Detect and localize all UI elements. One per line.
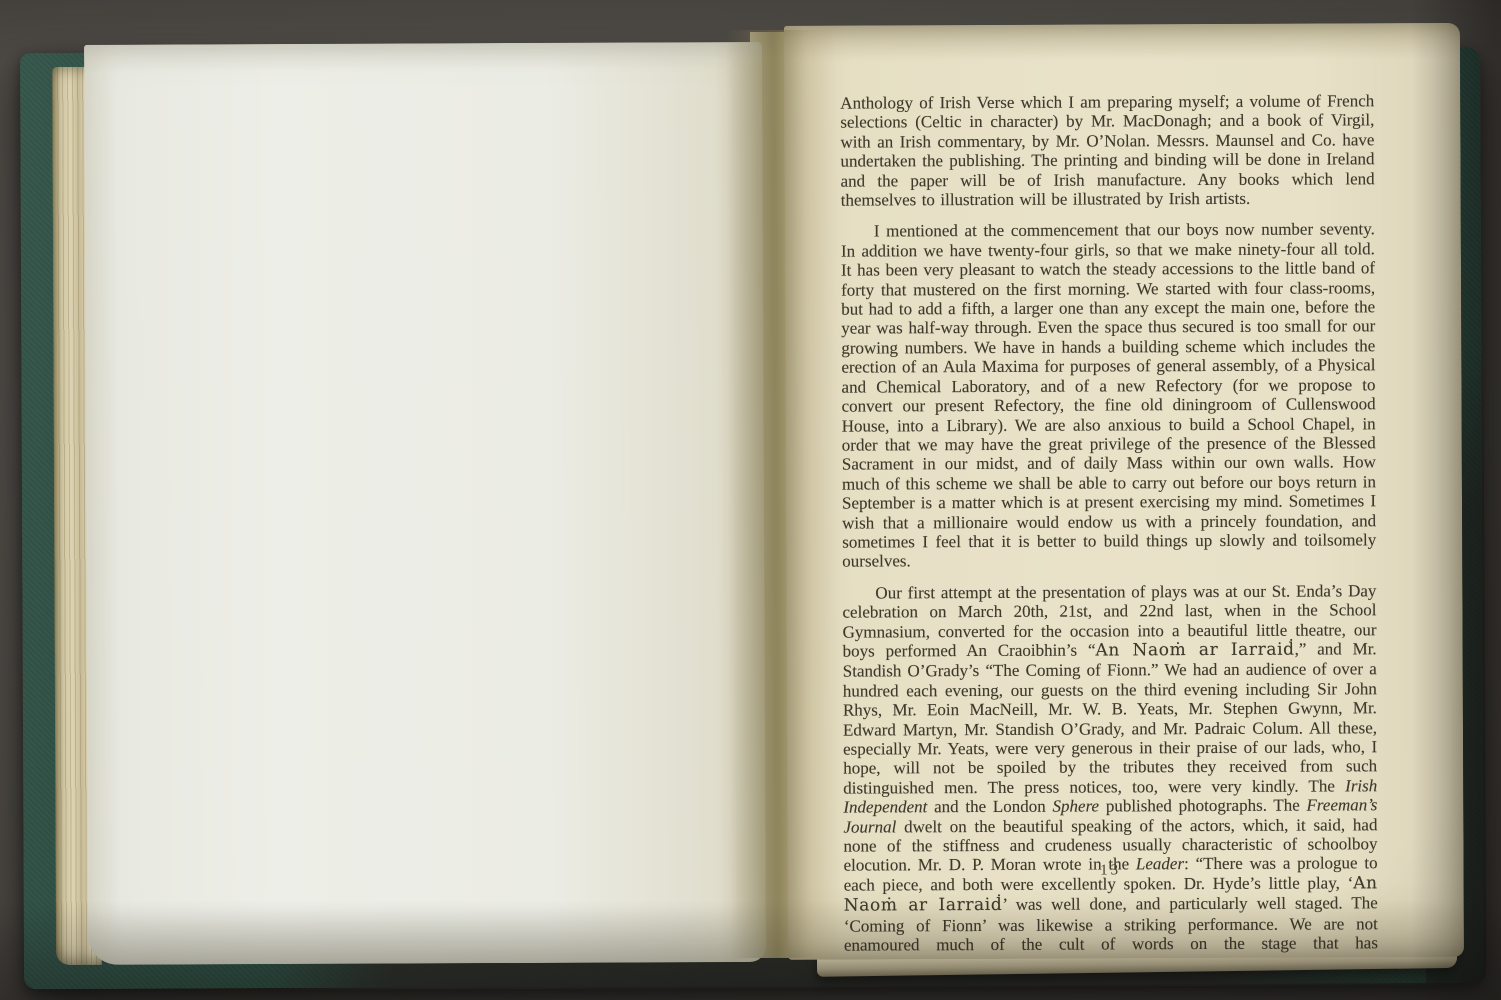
page-number: 13 bbox=[844, 861, 1378, 880]
body-text: and the London bbox=[927, 797, 1052, 817]
body-text: published photographs. The bbox=[1099, 796, 1307, 816]
page-paragraph: Our first attempt at the presentation of… bbox=[842, 581, 1378, 955]
left-page-blank bbox=[84, 42, 766, 965]
page-paragraph: Anthology of Irish Verse which I am prep… bbox=[840, 91, 1375, 210]
body-text: Anthology of Irish Verse which I am prep… bbox=[840, 91, 1374, 209]
body-text: ,” and Mr. Standish O’Grady’s “The Comin… bbox=[843, 639, 1378, 797]
italic-text: Sphere bbox=[1052, 797, 1099, 816]
page-paragraph: I mentioned at the commencement that our… bbox=[841, 220, 1377, 572]
gaelic-text: An Naoṁ ar Iarraiḋ bbox=[1095, 640, 1294, 661]
right-page: Anthology of Irish Verse which I am prep… bbox=[784, 23, 1464, 960]
body-text: I mentioned at the commencement that our… bbox=[841, 220, 1376, 571]
photo-backdrop: Anthology of Irish Verse which I am prep… bbox=[0, 0, 1501, 1000]
book: Anthology of Irish Verse which I am prep… bbox=[0, 0, 1501, 1000]
page-text: Anthology of Irish Verse which I am prep… bbox=[840, 91, 1378, 955]
